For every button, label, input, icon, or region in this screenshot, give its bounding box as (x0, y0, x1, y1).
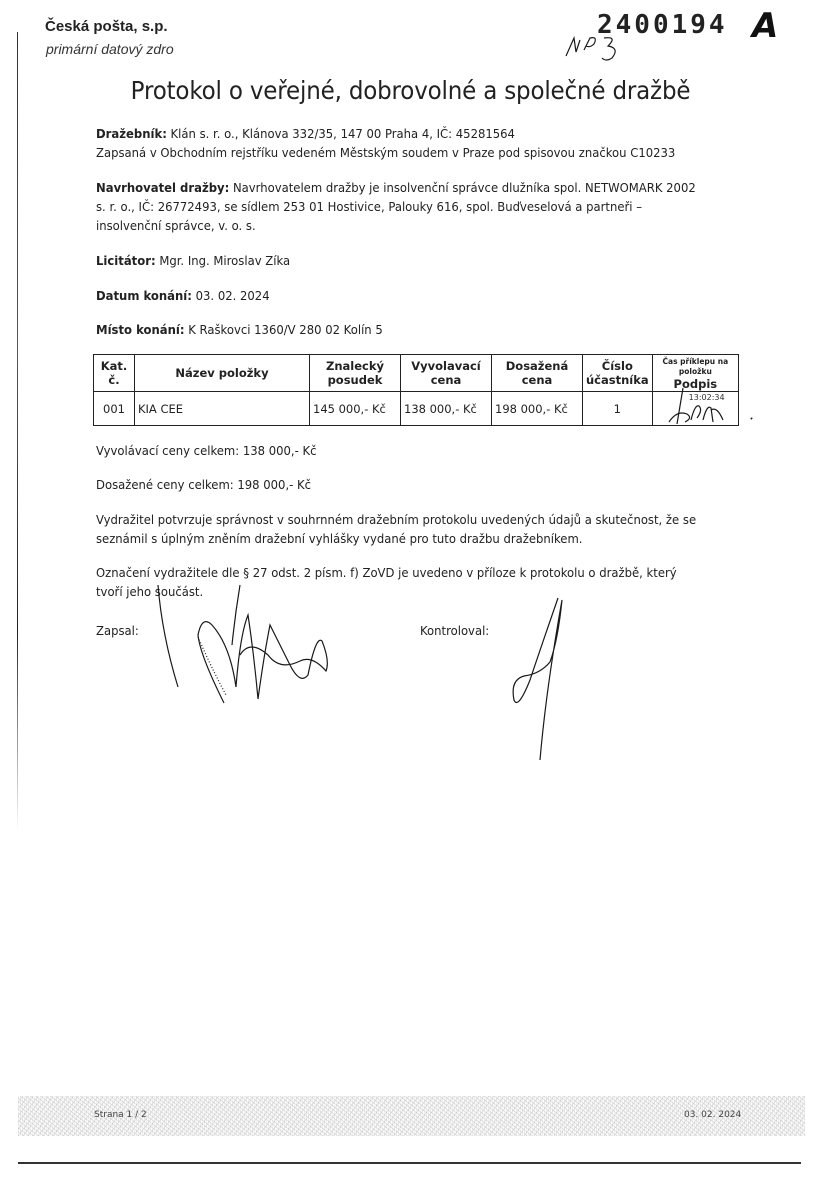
confirmation-statement: Vydražitel potvrzuje správnost v souhrnn… (96, 510, 701, 548)
header-appraisal: Znalecký posudek (310, 355, 401, 392)
auctioneer-label: Dražebník: (96, 126, 167, 141)
cell-participant-no: 1 (583, 392, 653, 426)
bidder-signature (663, 396, 763, 426)
auctioneer-line: Dražebník: Klán s. r. o., Klánova 332/35… (96, 124, 701, 143)
cell-achieved-price: 198 000,- Kč (492, 392, 583, 426)
table-row: 001 KIA CEE 145 000,- Kč 138 000,- Kč 19… (94, 392, 739, 426)
page-indicator: Strana 1 / 2 (94, 1110, 147, 1120)
header-participant-no: Číslo účastníka (583, 355, 653, 392)
table-header-row: Kat. č. Název položky Znalecký posudek V… (94, 355, 739, 392)
document-title: Protokol o veřejné, dobrovolné a společn… (33, 76, 788, 105)
checked-by-label: Kontroloval: (420, 621, 489, 640)
controller-signature (500, 590, 590, 790)
auctioneer-registry: Zapsaná v Obchodním rejstříku vedeném Mě… (96, 143, 701, 162)
licitator-label: Licitátor: (96, 253, 156, 268)
recorded-by-label: Zapsal: (96, 621, 139, 640)
date-value: 03. 02. 2024 (196, 288, 270, 303)
recorder-signature (140, 575, 400, 735)
licitator-value: Mgr. Ing. Miroslav Zíka (159, 253, 290, 268)
scan-margin-line (17, 32, 18, 832)
proposer-block: Navrhovatel dražby: Navrhovatelem dražby… (96, 178, 701, 235)
date-label: Datum konání: (96, 288, 192, 303)
reference-letter: A (752, 6, 778, 46)
cell-item-name: KIA CEE (135, 392, 310, 426)
auctioneer-value: Klán s. r. o., Klánova 332/35, 147 00 Pr… (171, 126, 515, 141)
handwritten-initials (560, 26, 650, 66)
header-achieved-price: Dosažená cena (492, 355, 583, 392)
bottom-rule (18, 1162, 801, 1164)
stamp-issuer: Česká pošta, s.p. (45, 18, 168, 35)
header-item-name: Název položky (135, 355, 310, 392)
licitator-line: Licitátor: Mgr. Ing. Miroslav Zíka (96, 251, 701, 270)
footer-date: 03. 02. 2024 (684, 1110, 741, 1120)
total-starting-prices: Vyvolávací ceny celkem: 138 000,- Kč (96, 441, 701, 460)
proposer-label: Navrhovatel dražby: (96, 180, 229, 195)
cell-starting-price: 138 000,- Kč (401, 392, 492, 426)
place-value: K Raškovci 1360/V 280 02 Kolín 5 (188, 322, 383, 337)
header-starting-price: Vyvolavací cena (401, 355, 492, 392)
date-line: Datum konání: 03. 02. 2024 (96, 286, 701, 305)
cell-appraisal: 145 000,- Kč (310, 392, 401, 426)
cell-signature: 13:02:34 (652, 392, 738, 426)
stamp-subtitle: primární datový zdro (46, 41, 174, 57)
footer-band: Strana 1 / 2 03. 02. 2024 (18, 1096, 805, 1136)
place-line: Místo konání: K Raškovci 1360/V 280 02 K… (96, 320, 701, 339)
place-label: Místo konání: (96, 322, 185, 337)
auction-items-table: Kat. č. Název položky Znalecký posudek V… (93, 354, 739, 426)
cell-cat-no: 001 (94, 392, 135, 426)
header-signature: Čas příklepu na položku Podpis (652, 355, 738, 392)
total-achieved-prices: Dosažené ceny celkem: 198 000,- Kč (96, 475, 701, 494)
header-cat-no: Kat. č. (94, 355, 135, 392)
